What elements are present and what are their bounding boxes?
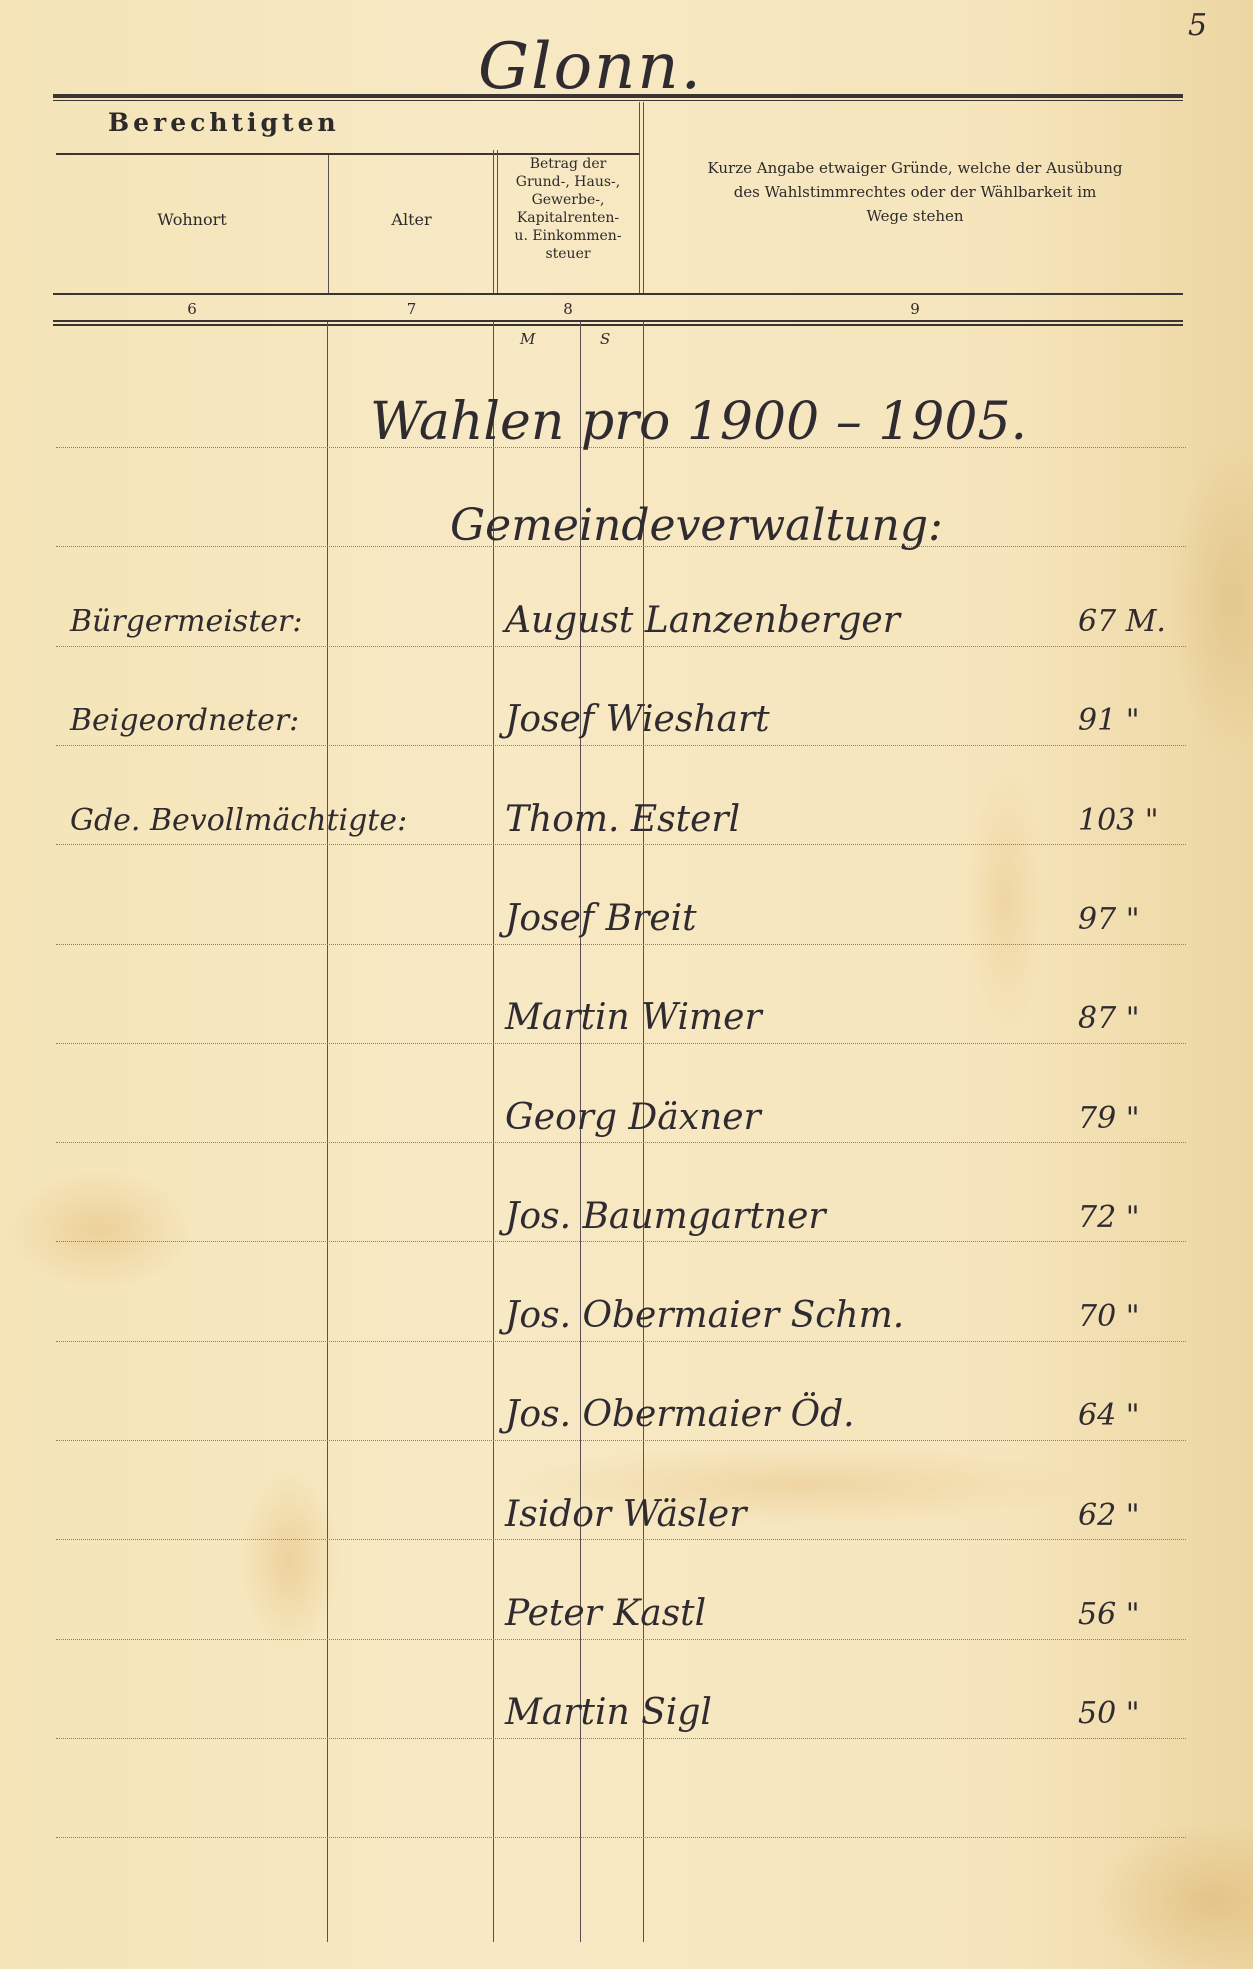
header-line: Kapitalrenten-	[497, 209, 639, 227]
entry-name: August Lanzenberger	[505, 600, 900, 641]
top-rule	[53, 94, 1183, 98]
ruled-line	[56, 1341, 1186, 1342]
ruled-line	[56, 646, 1186, 647]
entry-amount: 64 "	[1078, 1398, 1140, 1433]
col-header-betrag: Betrag der Grund-, Haus-, Gewerbe-, Kapi…	[497, 155, 639, 263]
number-row-top-rule	[53, 293, 1183, 295]
entry-name: Martin Sigl	[505, 1692, 712, 1733]
section-header: Berechtigten	[108, 108, 340, 137]
entry-name: Thom. Esterl	[505, 799, 740, 840]
ruled-line	[56, 1738, 1186, 1739]
header-line: des Wahlstimmrechtes oder der Wählbarkei…	[645, 180, 1185, 204]
entry-role: Bürgermeister:	[70, 604, 302, 639]
header-divider	[493, 150, 494, 293]
entry-amount: 56 "	[1078, 1597, 1140, 1632]
ruled-line	[56, 844, 1186, 845]
header-line: Gewerbe-,	[497, 191, 639, 209]
header-line: u. Einkommen-	[497, 227, 639, 245]
entry-name: Josef Wieshart	[505, 699, 770, 740]
top-rule-thin	[53, 100, 1183, 101]
page-number: 5	[1188, 8, 1207, 43]
entry-name: Peter Kastl	[505, 1593, 706, 1634]
col-divider	[493, 322, 494, 1942]
document-subtitle: Gemeindeverwaltung:	[450, 500, 943, 551]
ruled-line	[56, 1043, 1186, 1044]
entry-amount: 103 "	[1078, 803, 1159, 838]
col-number-8: 8	[497, 300, 639, 318]
header-line: Kurze Angabe etwaiger Gründe, welche der…	[645, 156, 1185, 180]
col-header-alter: Alter	[330, 210, 493, 229]
entry-amount: 50 "	[1078, 1696, 1140, 1731]
header-line: Grund-, Haus-,	[497, 173, 639, 191]
col-header-gruende: Kurze Angabe etwaiger Gründe, welche der…	[645, 156, 1185, 228]
ruled-line	[56, 1539, 1186, 1540]
col-header-wohnort: Wohnort	[56, 210, 328, 229]
col-number-9: 9	[645, 300, 1185, 318]
entry-name: Isidor Wäsler	[505, 1494, 746, 1535]
header-divider	[639, 102, 640, 293]
entry-name: Jos. Obermaier Schm.	[505, 1295, 904, 1336]
col-divider	[327, 322, 328, 1942]
entry-name: Jos. Baumgartner	[505, 1196, 826, 1237]
ruled-line	[56, 1639, 1186, 1640]
header-line: Betrag der	[497, 155, 639, 173]
place-heading: Glonn.	[478, 30, 703, 104]
body-top-rule-2	[53, 324, 1183, 326]
col-number-6: 6	[56, 300, 328, 318]
entry-name: Jos. Obermaier Öd.	[505, 1394, 855, 1435]
entry-amount: 97 "	[1078, 902, 1140, 937]
entry-amount: 67 M.	[1078, 604, 1166, 639]
col-number-7: 7	[330, 300, 493, 318]
body-top-rule	[53, 320, 1183, 322]
entry-name: Georg Däxner	[505, 1097, 761, 1138]
entry-name: Josef Breit	[505, 898, 697, 939]
entry-role: Gde. Bevollmächtigte:	[70, 803, 407, 838]
document-title: Wahlen pro 1900 – 1905.	[370, 392, 1027, 452]
ruled-line	[56, 1142, 1186, 1143]
header-line: Wege stehen	[645, 204, 1185, 228]
ruled-line	[56, 1837, 1186, 1838]
ledger-page: 5 Glonn. Berechtigten Wohnort Alter Betr…	[0, 0, 1253, 1969]
header-line: steuer	[497, 245, 639, 263]
subcol-m: M	[520, 330, 535, 348]
ruled-line	[56, 745, 1186, 746]
entry-amount: 72 "	[1078, 1200, 1140, 1235]
entry-amount: 62 "	[1078, 1498, 1140, 1533]
entry-role: Beigeordneter:	[70, 703, 299, 738]
entry-name: Martin Wimer	[505, 997, 762, 1038]
ruled-line	[56, 944, 1186, 945]
ruled-line	[56, 1241, 1186, 1242]
entry-amount: 79 "	[1078, 1101, 1140, 1136]
entry-amount: 91 "	[1078, 703, 1140, 738]
ruled-line	[56, 1440, 1186, 1441]
entry-amount: 70 "	[1078, 1299, 1140, 1334]
subcol-s: S	[600, 330, 610, 348]
entry-amount: 87 "	[1078, 1001, 1140, 1036]
